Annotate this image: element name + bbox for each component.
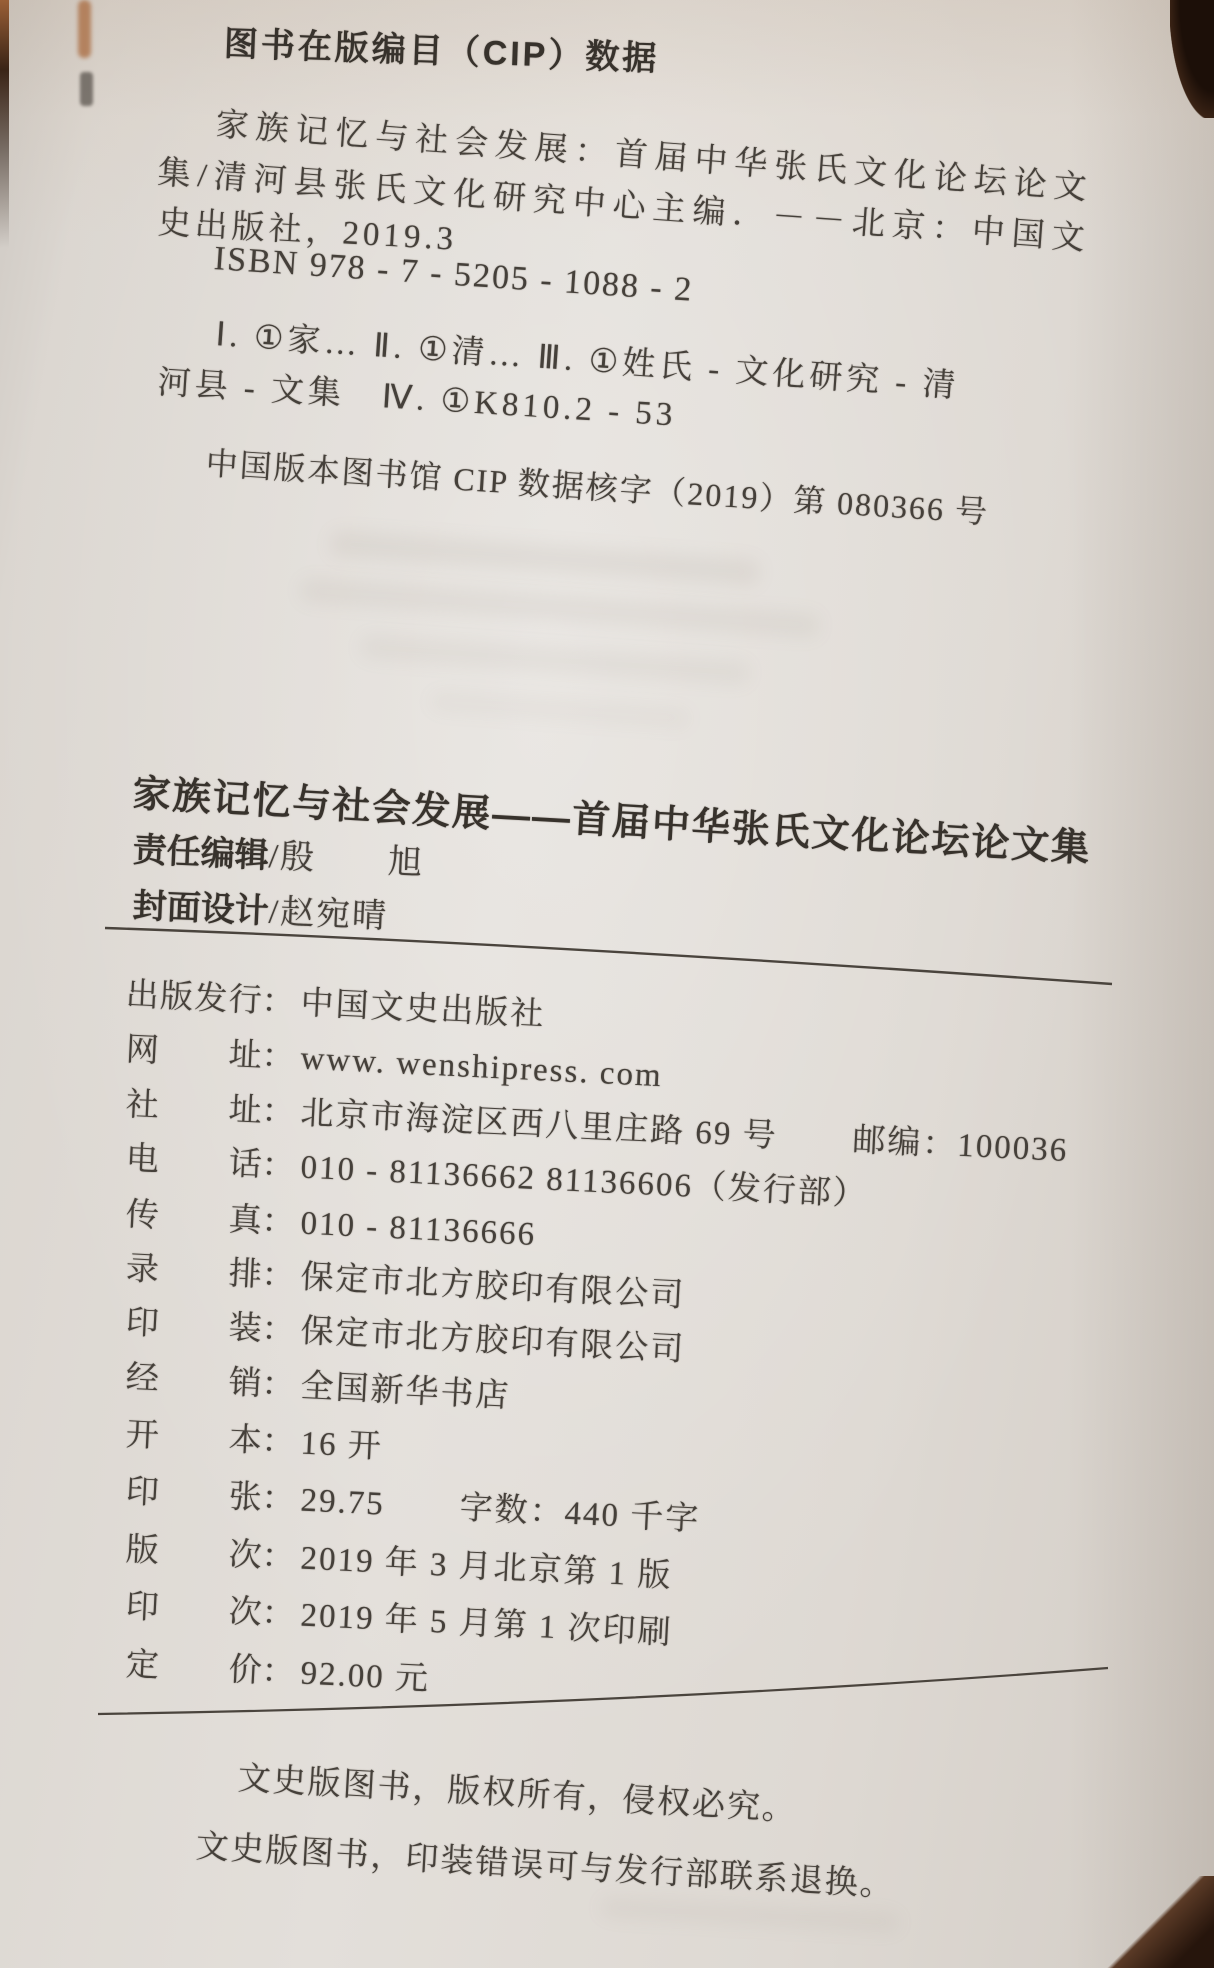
row-value: 92.00 元 — [300, 1647, 432, 1700]
row-value: 保定市北方胶印有限公司 — [300, 1305, 687, 1371]
colophon-row-format: 开本：16 开 — [125, 1408, 384, 1468]
row-value: 16 开 — [300, 1417, 384, 1468]
photo-dark-smudge — [80, 72, 93, 106]
return-policy-notice: 文史版图书，印装错误可与发行部联系退换。 — [195, 1820, 897, 1906]
row-label: 定价 — [125, 1638, 263, 1692]
row-label: 录排 — [125, 1242, 263, 1296]
cip-section-title: 图书在版编目（CIP）数据 — [223, 16, 660, 80]
page-showthrough — [360, 634, 751, 685]
photo-left-edge-shadow — [0, 0, 9, 248]
row-label: 经销 — [125, 1351, 263, 1405]
row-label: 版次 — [125, 1523, 263, 1577]
row-value: www. wenshipress. com — [300, 1041, 664, 1096]
designer-label: 封面设计 — [132, 887, 269, 931]
cover-designer-credit: 封面设计/赵宛晴 — [132, 878, 389, 938]
colophon-row-distribution: 经销：全国新华书店 — [125, 1351, 512, 1417]
copyright-page-photo: 图书在版编目（CIP）数据 家族记忆与社会发展：首届中华张氏文化论坛论文 集/清… — [0, 0, 1214, 1968]
editor-label: 责任编辑 — [132, 831, 270, 875]
row-value: 2019 年 3 月北京第 1 版 — [300, 1532, 674, 1597]
postcode: 邮编：100036 — [851, 1114, 1069, 1171]
photo-orange-smudge — [78, 0, 91, 58]
copyright-notice: 文史版图书，版权所有，侵权必究。 — [237, 1752, 799, 1830]
row-value: 全国新华书店 — [300, 1360, 512, 1417]
photo-corner-shadow-top-right — [1170, 0, 1214, 118]
row-label: 传真 — [125, 1188, 263, 1242]
page-showthrough — [300, 578, 820, 638]
row-value: 29.75 — [300, 1483, 386, 1524]
colophon-row-price: 定价：92.00 元 — [125, 1638, 431, 1700]
row-label: 印次 — [125, 1580, 263, 1634]
word-count: 字数：440 千字 — [459, 1481, 702, 1540]
page-showthrough — [330, 530, 761, 586]
row-label: 电话 — [125, 1132, 263, 1186]
page-showthrough — [430, 691, 691, 729]
row-label: 社址 — [125, 1078, 263, 1132]
row-label: 印张 — [125, 1465, 263, 1519]
row-value: 2019 年 5 月第 1 次印刷 — [300, 1589, 674, 1654]
photo-corner-shadow-bottom-right — [1096, 1876, 1214, 1968]
row-label: 印装 — [125, 1296, 263, 1350]
designer-name: /赵宛晴 — [268, 894, 389, 936]
cip-record-number: 中国版本图书馆 CIP 数据核字（2019）第 080366 号 — [205, 438, 991, 533]
row-label: 出版发行 — [125, 968, 263, 1022]
row-value: 中国文史出版社 — [300, 977, 547, 1036]
row-label: 网址 — [125, 1023, 263, 1077]
row-label: 开本 — [125, 1408, 263, 1462]
editor-name: /殷 旭 — [268, 838, 425, 882]
row-value: 010 - 81136666 — [300, 1206, 537, 1254]
